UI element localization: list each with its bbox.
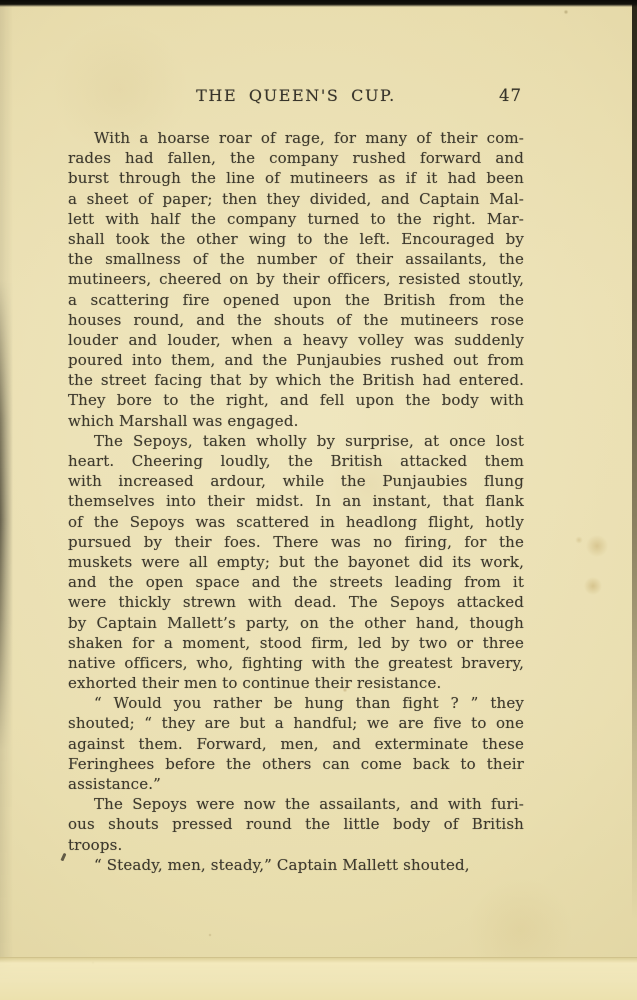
text-line: shaken for a moment, stood firm, led by … — [68, 633, 524, 653]
text-line: themselves into their midst. In an insta… — [68, 491, 524, 511]
text-line: With a hoarse roar of rage, for many of … — [68, 128, 524, 148]
text-line: the street facing that by which the Brit… — [68, 370, 524, 390]
text-line: “ Steady, men, steady,” Captain Mallett … — [68, 855, 524, 875]
text-line: houses round, and the shouts of the muti… — [68, 310, 524, 330]
text-line: of the Sepoys was scattered in headlong … — [68, 512, 524, 532]
text-line: which Marshall was engaged. — [68, 411, 524, 431]
page-edge-right — [632, 0, 637, 1000]
text-line: They bore to the right, and fell upon th… — [68, 390, 524, 410]
text-line: the smallness of the number of their ass… — [68, 249, 524, 269]
text-line: ous shouts pressed round the little body… — [68, 814, 524, 834]
text-line: louder and louder, when a heavy volley w… — [68, 330, 524, 350]
page-text: With a hoarse roar of rage, for many of … — [68, 128, 524, 875]
text-line: with increased ardour, while the Punjaub… — [68, 471, 524, 491]
gutter-shadow — [0, 0, 13, 1000]
text-line: The Sepoys were now the assailants, and … — [68, 794, 524, 814]
text-line: rades had fallen, the company rushed for… — [68, 148, 524, 168]
text-line: The Sepoys, taken wholly by surprise, at… — [68, 431, 524, 451]
page-title: THE QUEEN'S CUP. — [68, 86, 524, 105]
ink-artifact — [61, 853, 67, 862]
text-line: lett with half the company turned to the… — [68, 209, 524, 229]
text-line: pursued by their foes. There was no firi… — [68, 532, 524, 552]
text-line: Feringhees before the others can come ba… — [68, 754, 524, 774]
text-line: were thickly strewn with dead. The Sepoy… — [68, 592, 524, 612]
text-line: mutineers, cheered on by their officers,… — [68, 269, 524, 289]
text-line: a scattering fire opened upon the Britis… — [68, 290, 524, 310]
text-line: burst through the line of mutineers as i… — [68, 168, 524, 188]
text-line: troops. — [68, 835, 524, 855]
text-line: a sheet of paper; then they divided, and… — [68, 189, 524, 209]
text-line: and the open space and the streets leadi… — [68, 572, 524, 592]
text-line: muskets were all empty; but the bayonet … — [68, 552, 524, 572]
book-page-scan: THE QUEEN'S CUP. 47 With a hoarse roar o… — [0, 0, 637, 1000]
text-line: against them. Forward, men, and extermin… — [68, 734, 524, 754]
running-head: THE QUEEN'S CUP. 47 — [68, 86, 524, 108]
text-line: shall took the other wing to the left. E… — [68, 229, 524, 249]
text-line: heart. Cheering loudly, the British atta… — [68, 451, 524, 471]
text-line: poured into them, and the Punjaubies rus… — [68, 350, 524, 370]
text-line: native officers, who, fighting with the … — [68, 653, 524, 673]
text-line: exhorted their men to continue their res… — [68, 673, 524, 693]
text-line: “ Would you rather be hung than fight ? … — [68, 693, 524, 713]
text-line: shouted; “ they are but a handful; we ar… — [68, 713, 524, 733]
scan-edge-top — [0, 0, 637, 7]
next-leaf-edge — [0, 957, 637, 1000]
text-line: by Captain Mallett’s party, on the other… — [68, 613, 524, 633]
text-line: assistance.” — [68, 774, 524, 794]
page-number: 47 — [499, 86, 522, 105]
